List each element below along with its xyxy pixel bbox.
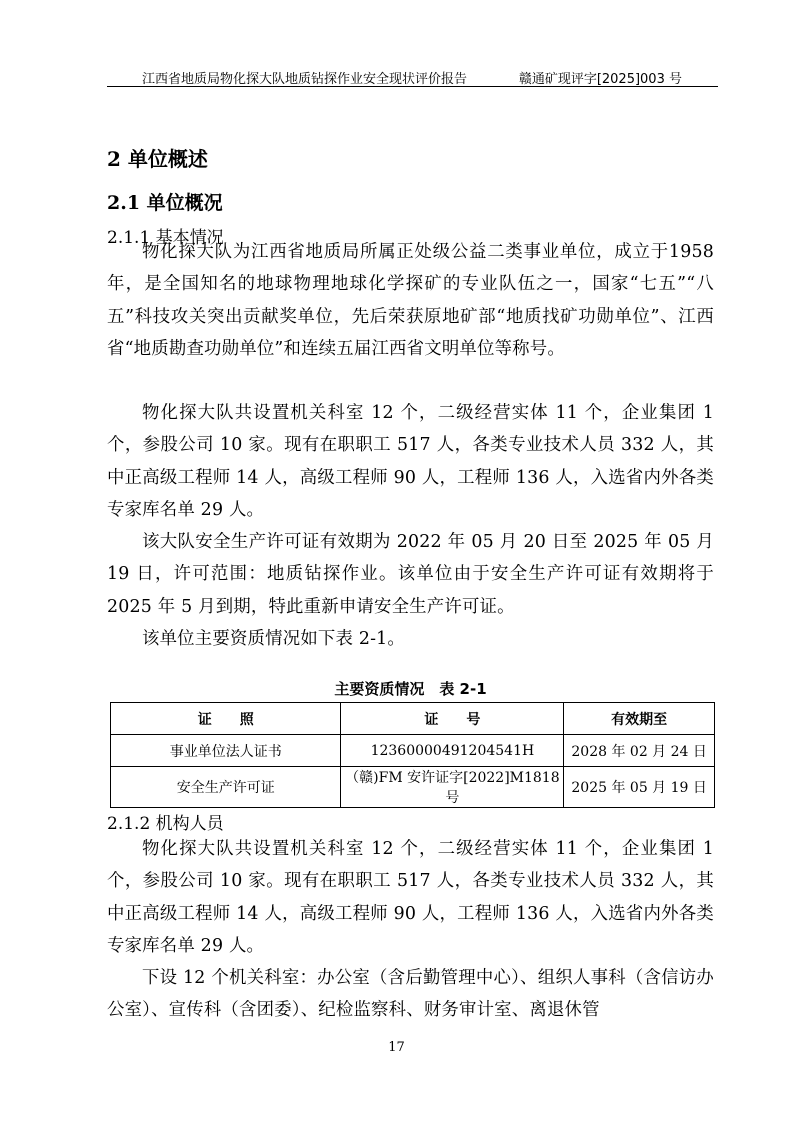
paragraph-staff: 物化探大队共设置机关科室 12 个，二级经营实体 11 个，企业集团 1 个，参…	[107, 833, 714, 962]
paragraph-license: 该大队安全生产许可证有效期为 2022 年 05 月 20 日至 2025 年 …	[107, 526, 714, 623]
header-valid-until: 有效期至	[564, 703, 715, 735]
document-number: 赣通矿现评字[2025]003 号	[519, 68, 682, 87]
paragraph-table-ref: 该单位主要资质情况如下表 2-1。	[107, 623, 714, 655]
cell-number: （赣)FM 安许证字[2022]M1818 号	[341, 767, 564, 808]
table-header-row: 证 照 证 号 有效期至	[111, 703, 715, 735]
table-caption: 主要资质情况 表 2-1	[107, 678, 714, 699]
cell-valid-until: 2025 年 05 月 19 日	[564, 767, 715, 808]
header-number: 证 号	[341, 703, 564, 735]
section-heading: 2.1 单位概况	[107, 188, 223, 215]
paragraph-structure: 物化探大队共设置机关科室 12 个，二级经营实体 11 个，企业集团 1 个，参…	[107, 397, 714, 526]
table-row: 事业单位法人证书 12360000491204541H 2028 年 02 月 …	[111, 735, 715, 767]
paragraph-departments: 下设 12 个机关科室：办公室（含后勤管理中心）、组织人事科（含信访办公室）、宣…	[107, 962, 714, 1027]
page-header: 江西省地质局物化探大队地质钻探作业安全现状评价报告 赣通矿现评字[2025]00…	[107, 66, 718, 87]
subsection-heading-staff: 2.1.2 机构人员	[107, 809, 224, 834]
header-certificate: 证 照	[111, 703, 341, 735]
cell-number: 12360000491204541H	[341, 735, 564, 767]
report-title: 江西省地质局物化探大队地质钻探作业安全现状评价报告	[142, 68, 467, 87]
cell-certificate: 事业单位法人证书	[111, 735, 341, 767]
page-number: 17	[0, 1040, 793, 1055]
cell-certificate: 安全生产许可证	[111, 767, 341, 808]
table-row: 安全生产许可证 （赣)FM 安许证字[2022]M1818 号 2025 年 0…	[111, 767, 715, 808]
qualifications-table: 证 照 证 号 有效期至 事业单位法人证书 12360000491204541H…	[110, 702, 715, 808]
paragraph-intro: 物化探大队为江西省地质局所属正处级公益二类事业单位，成立于1958 年，是全国知…	[107, 236, 714, 365]
cell-valid-until: 2028 年 02 月 24 日	[564, 735, 715, 767]
chapter-heading: 2 单位概述	[107, 143, 208, 172]
